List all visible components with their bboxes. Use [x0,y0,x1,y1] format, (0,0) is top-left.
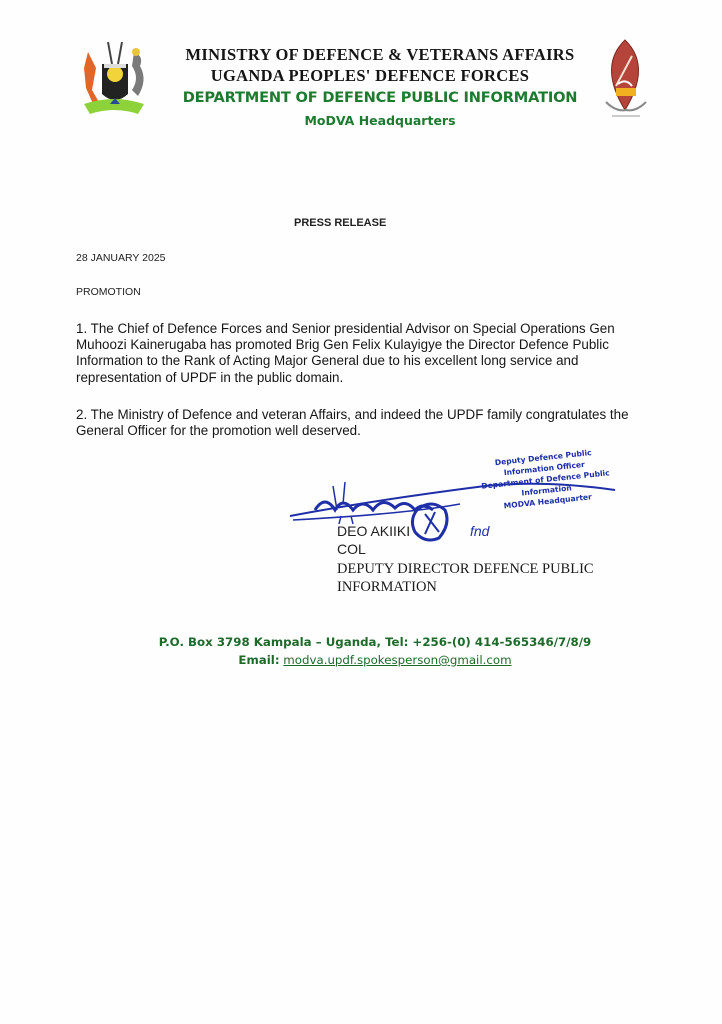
headquarters-subheading: MoDVA Headquarters [160,113,600,128]
footer-address: P.O. Box 3798 Kampala – Uganda, Tel: +25… [100,635,650,649]
release-subject: PROMOTION [76,286,141,298]
signatory-title-line: INFORMATION [337,578,594,596]
updf-shield-emblem-icon [598,36,653,122]
email-label: Email: [238,653,279,667]
handwritten-annotation: fnd [470,523,489,539]
uganda-coat-of-arms-icon [74,38,154,122]
body-paragraph-1: 1. The Chief of Defence Forces and Senio… [76,321,666,386]
signatory-name: DEO AKIIKI [337,523,410,539]
ministry-heading: MINISTRY OF DEFENCE & VETERANS AFFAIRS [160,45,600,65]
signatory-title: DEPUTY DIRECTOR DEFENCE PUBLIC INFORMATI… [337,560,594,596]
signatory-rank: COL [337,541,366,557]
email-link[interactable]: modva.updf.spokesperson@gmail.com [283,653,511,667]
department-heading: DEPARTMENT OF DEFENCE PUBLIC INFORMATION [160,89,600,106]
footer-email: Email: modva.updf.spokesperson@gmail.com [100,653,650,667]
body-paragraph-2: 2. The Ministry of Defence and veteran A… [76,407,666,439]
force-heading: UGANDA PEOPLES' DEFENCE FORCES [160,66,580,86]
release-date: 28 JANUARY 2025 [76,252,166,264]
signatory-title-line: DEPUTY DIRECTOR DEFENCE PUBLIC [337,560,594,578]
press-release-label: PRESS RELEASE [294,217,386,229]
